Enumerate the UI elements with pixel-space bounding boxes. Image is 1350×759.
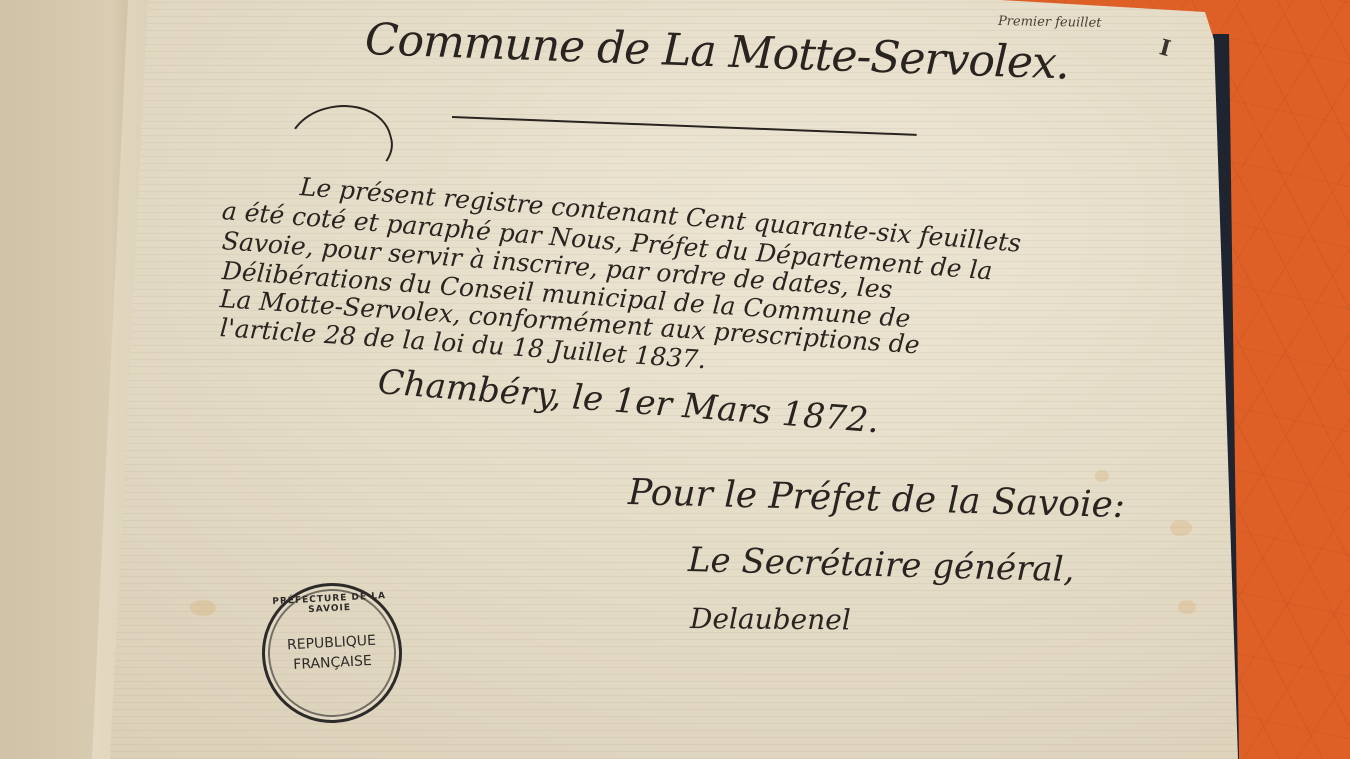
register-page: [0, 0, 1350, 759]
foxing-spot: [1178, 600, 1196, 614]
stamp-text-line2: FRANÇAISE: [293, 651, 372, 675]
foxing-spot: [1095, 470, 1109, 482]
foxing-spot: [190, 600, 216, 616]
foxing-spot: [1170, 520, 1192, 536]
page-note: Premier feuillet: [998, 14, 1102, 31]
handwritten-signature: Delaubenel: [690, 602, 851, 636]
